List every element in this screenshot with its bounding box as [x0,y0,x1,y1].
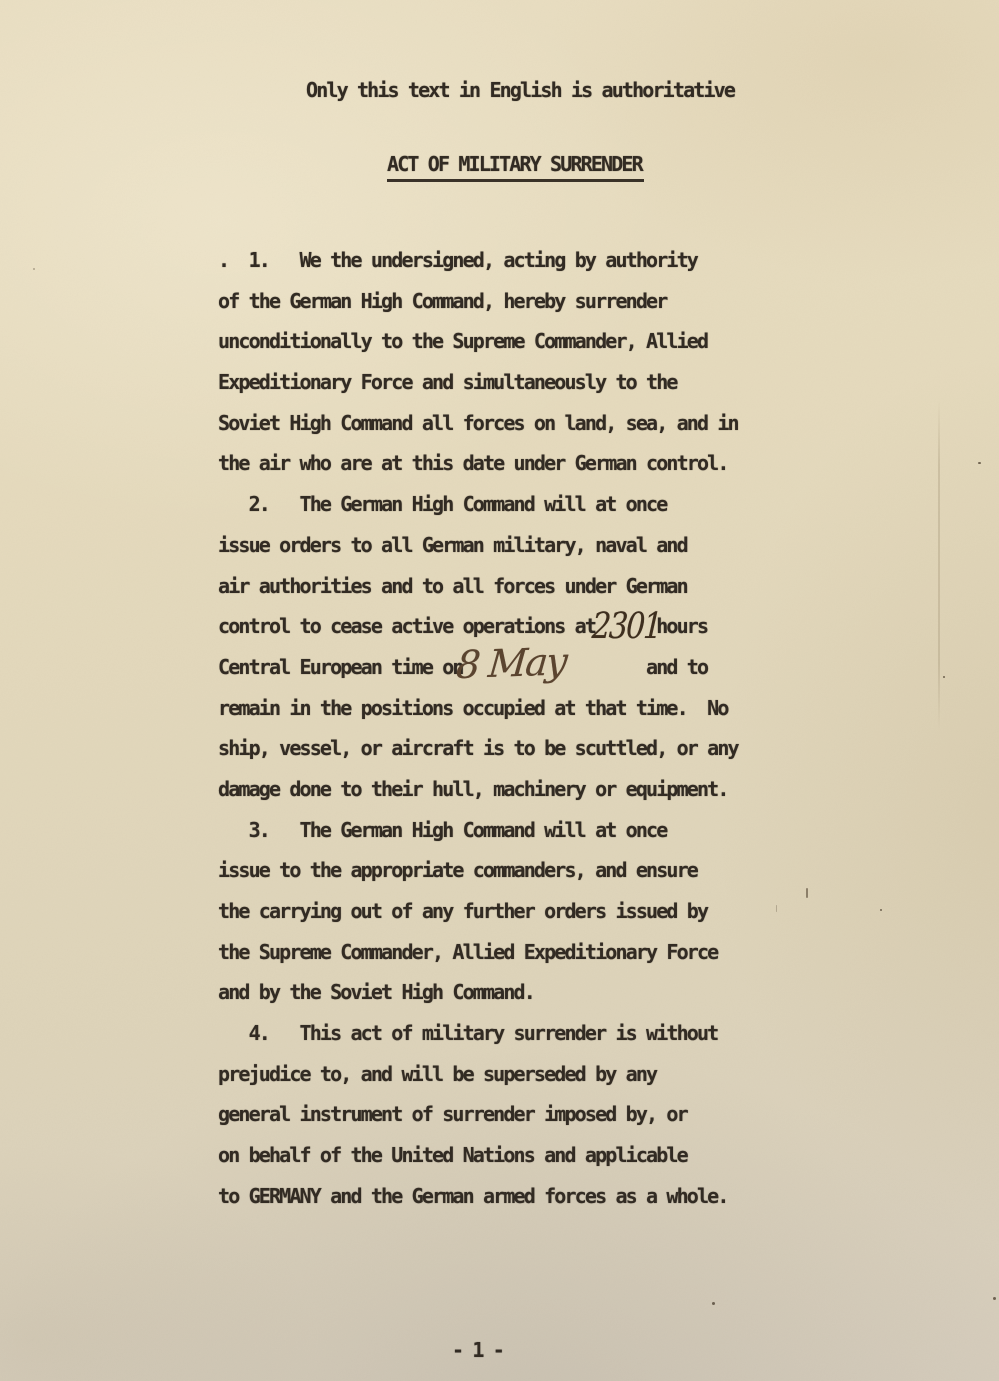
paragraph-2: 2. The German High Command will at oncei… [218,484,778,810]
document-line: to GERMANY and the German armed forces a… [218,1176,778,1217]
typed-text: unconditionally to the Supreme Commander… [218,329,707,353]
typed-text: to GERMANY and the German armed forces a… [218,1184,728,1208]
document-line: ship, vessel, or aircraft is to be scutt… [218,728,778,769]
typed-text: Soviet High Command all forces on land, … [218,411,738,435]
paragraph-3: 3. The German High Command will at oncei… [218,810,778,1013]
document-body: . 1. We the undersigned, acting by autho… [218,240,778,1217]
document-title-row: ACT OF MILITARY SURRENDER [387,150,644,182]
paper-speck [880,909,882,911]
typed-text: 1. We the undersigned, acting by authori… [228,248,697,272]
paper-speck [712,1302,715,1305]
typed-text: 3. The German High Command will at once [218,818,666,842]
typed-text: remain in the positions occupied at that… [218,696,728,720]
paper-speck [993,1297,996,1300]
typed-text: on behalf of the United Nations and appl… [218,1143,687,1167]
authoritative-note: Only this text in English is authoritati… [306,76,734,104]
document-line: issue orders to all German military, nav… [218,525,778,566]
document-line: issue to the appropriate commanders, and… [218,850,778,891]
typed-text: issue to the appropriate commanders, and… [218,858,697,882]
typed-text: general instrument of surrender imposed … [218,1102,687,1126]
paragraph-4: 4. This act of military surrender is wit… [218,1013,778,1216]
typed-text: ship, vessel, or aircraft is to be scutt… [218,736,738,760]
paper-speck [943,676,945,678]
document-title: ACT OF MILITARY SURRENDER [387,150,644,182]
document-line: the air who are at this date under Germa… [218,443,778,484]
document-line: and by the Soviet High Command. [218,972,778,1013]
document-line: 3. The German High Command will at once [218,810,778,851]
typed-text: 4. This act of military surrender is wit… [218,1021,717,1045]
document-line: Soviet High Command all forces on land, … [218,403,778,444]
document-line: 4. This act of military surrender is wit… [218,1013,778,1054]
stray-typed-dot: . [218,248,228,272]
document-line: remain in the positions occupied at that… [218,688,778,729]
typed-text: prejudice to, and will be superseded by … [218,1062,656,1086]
document-line: Expeditionary Force and simultaneously t… [218,362,778,403]
typed-text: and by the Soviet High Command. [218,980,534,1004]
document-page: Only this text in English is authoritati… [0,0,999,1381]
typed-text: air authorities and to all forces under … [218,574,687,598]
typed-text: damage done to their hull, machinery or … [218,777,728,801]
document-line: . 1. We the undersigned, acting by autho… [218,240,778,281]
handwritten-time: 2301 [591,609,661,645]
document-line: prejudice to, and will be superseded by … [218,1054,778,1095]
document-line: the carrying out of any further orders i… [218,891,778,932]
document-line: on behalf of the United Nations and appl… [218,1135,778,1176]
typed-text: Expeditionary Force and simultaneously t… [218,370,677,394]
document-line: air authorities and to all forces under … [218,566,778,607]
typed-text: issue orders to all German military, nav… [218,533,687,557]
typed-text: 2. The German High Command will at once [218,492,666,516]
paper-mark [806,888,808,898]
typed-text: the carrying out of any further orders i… [218,899,707,923]
document-line: the Supreme Commander, Allied Expedition… [218,932,778,973]
paper-mark [776,905,777,912]
paper-speck [33,268,35,270]
document-line: damage done to their hull, machinery or … [218,769,778,810]
document-line: general instrument of surrender imposed … [218,1094,778,1135]
typed-text: the Supreme Commander, Allied Expedition… [218,940,717,964]
paragraph-1: . 1. We the undersigned, acting by autho… [218,240,778,484]
page-number: - 1 - [452,1336,503,1364]
document-line: of the German High Command, hereby surre… [218,281,778,322]
document-line: Central European time on and to8 May [218,647,778,688]
handwritten-date: 8 May [455,642,568,684]
document-line: 2. The German High Command will at once [218,484,778,525]
paper-speck [978,462,981,464]
paper-crease [938,400,940,730]
typed-text: the air who are at this date under Germa… [218,451,728,475]
document-line: unconditionally to the Supreme Commander… [218,321,778,362]
typed-text: of the German High Command, hereby surre… [218,289,666,313]
